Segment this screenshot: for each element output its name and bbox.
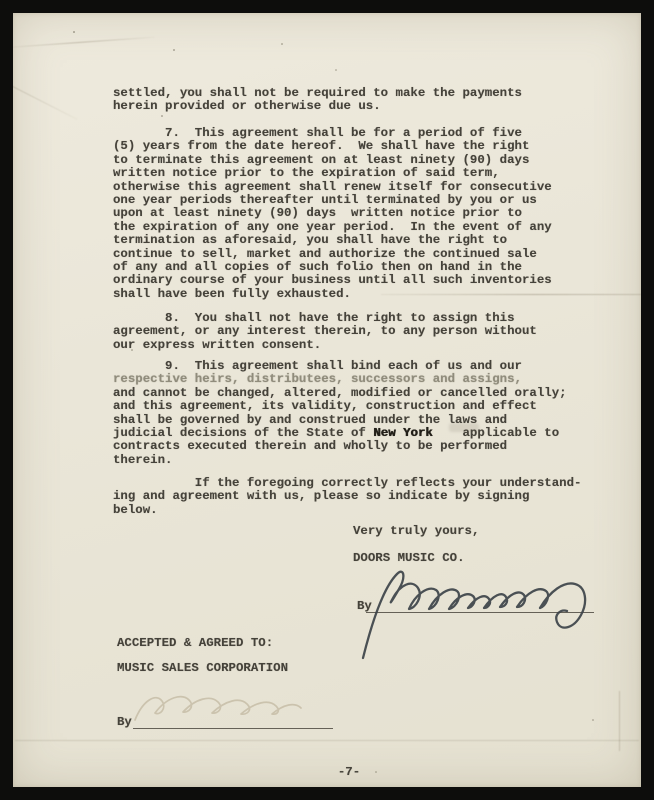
document-page: settled, you shall not be required to ma… (13, 13, 641, 787)
acceptance-heading: ACCEPTED & AGREED TO: (117, 637, 273, 650)
crease-left-corner-fold (13, 77, 77, 120)
valediction: Very truly yours, (353, 525, 479, 538)
clause-7: 7. This agreement shall be for a period … (113, 127, 552, 301)
crease-vertical-right (619, 691, 620, 751)
paragraph-intro: settled, you shall not be required to ma… (113, 87, 522, 114)
paper-specks (73, 31, 75, 33)
photo-frame: settled, you shall not be required to ma… (0, 0, 654, 800)
crease-top-left-diagonal (13, 37, 155, 49)
erasure-smudge (449, 423, 479, 432)
closing-paragraph: If the foregoing correctly reflects your… (113, 477, 581, 517)
clause-9: 9. This agreement shall bind each of us … (113, 360, 567, 467)
clause-9-faded-line: respective heirs, distributees, successo… (113, 372, 522, 386)
acceptance-company: MUSIC SALES CORPORATION (117, 662, 288, 675)
clause-9-lead: 9. This agreement shall bind each of us … (113, 359, 522, 373)
jim-morrison-signature (343, 558, 611, 666)
clause-9-state-overtyped: New York (373, 426, 433, 440)
clause-8: 8. You shall not have the right to assig… (113, 312, 537, 352)
pencil-signature (125, 686, 363, 734)
page-number: -7- (319, 766, 379, 779)
crease-horizontal-bottom (15, 740, 639, 741)
